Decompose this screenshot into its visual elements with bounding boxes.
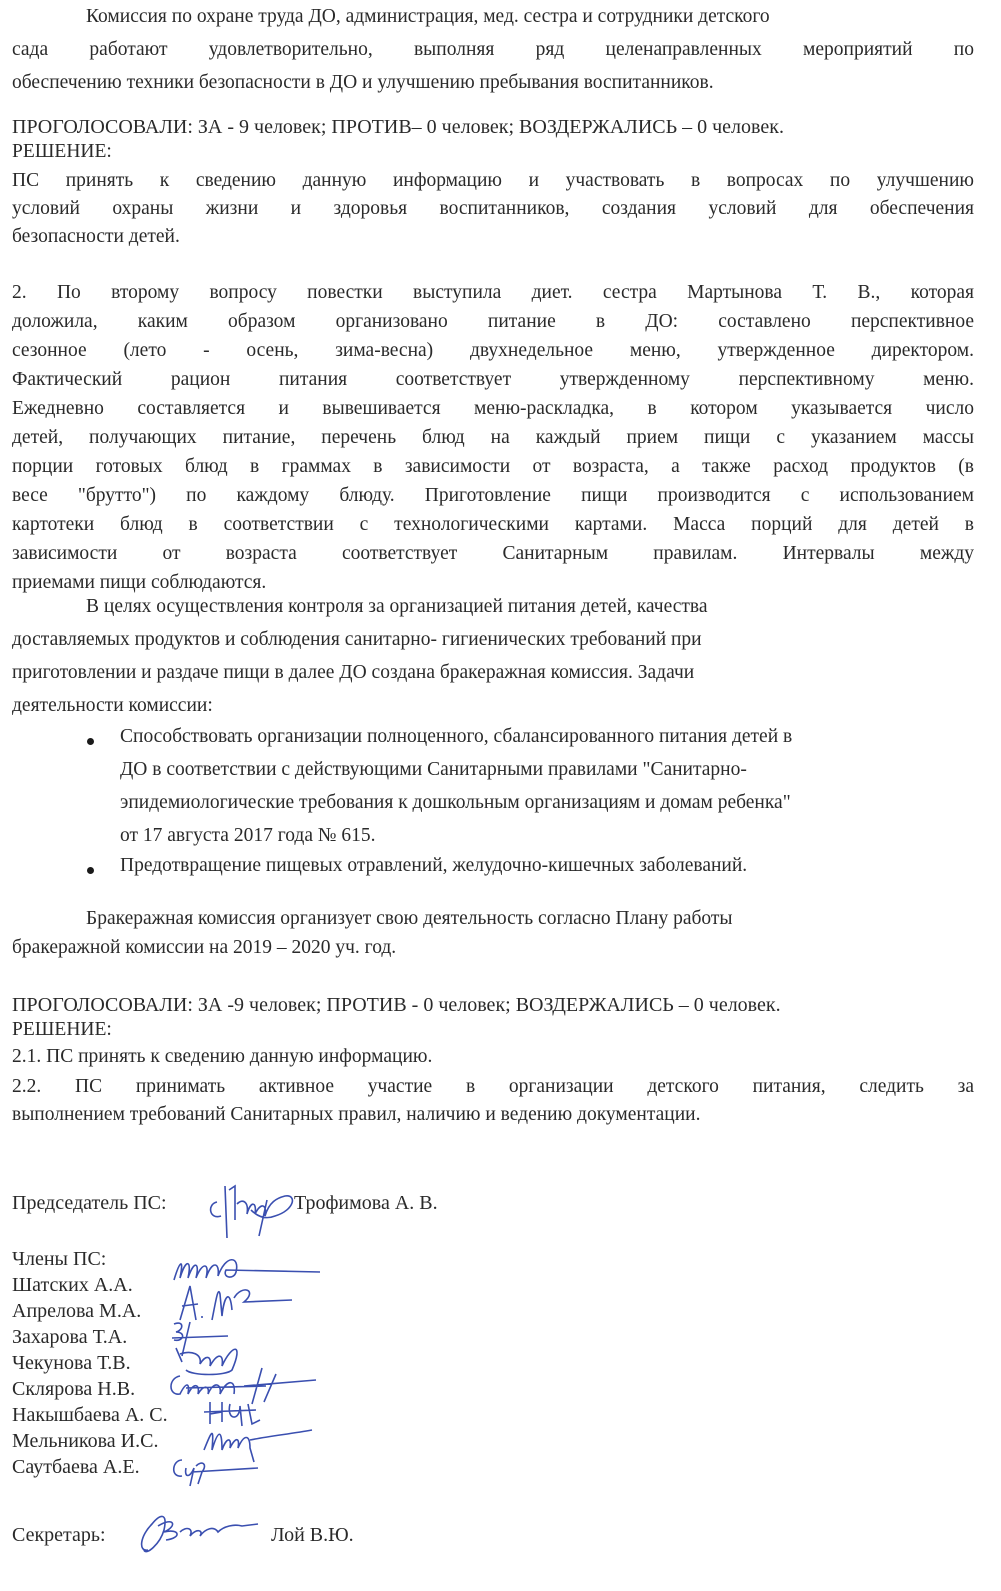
text-line: Бракеражная комиссия организует свою дея… (86, 908, 733, 930)
text-line: сада работают удовлетворительно, выполня… (12, 39, 974, 61)
secretary-signature-icon (134, 1506, 264, 1568)
text-line: доставляемых продуктов и соблюдения сани… (12, 629, 702, 651)
text-line: картотеки блюд в соответствии с технолог… (12, 514, 974, 536)
text-line: Фактический рацион питания соответствует… (12, 369, 974, 391)
text-line: Комиссия по охране труда ДО, администрац… (86, 6, 770, 28)
bullet-icon (87, 738, 94, 745)
text-line: сезонное (лето - осень, зима-весна) двух… (12, 340, 974, 362)
text-line: приготовлении и раздаче пищи в далее ДО … (12, 662, 694, 684)
vote-result-1: ПРОГОЛОСОВАЛИ: ЗА - 9 человек; ПРОТИВ– 0… (12, 116, 784, 139)
text-line: В целях осуществления контроля за органи… (86, 596, 708, 618)
text-line: детей, получающих питание, перечень блюд… (12, 427, 974, 449)
decision-item: 2.2. ПС принимать активное участие в орг… (12, 1076, 974, 1098)
decision-label-1: РЕШЕНИЕ: (12, 141, 112, 163)
text-line: бракеражной комиссии на 2019 – 2020 уч. … (12, 937, 396, 959)
member-signature-icon (168, 1450, 268, 1496)
chair-signature-icon (205, 1180, 305, 1246)
members-label: Члены ПС: (12, 1248, 106, 1271)
member-name: Чекунова Т.В. (12, 1352, 131, 1375)
text-line: ПС принять к сведению данную информацию … (12, 170, 974, 192)
text-line: обеспечению техники безопасности в ДО и … (12, 72, 714, 94)
list-item-line: от 17 августа 2017 года № 615. (120, 825, 375, 847)
secretary-label: Секретарь: (12, 1524, 106, 1547)
member-name: Накышбаева А. С. (12, 1404, 168, 1427)
member-name: Апрелова М.А. (12, 1300, 141, 1323)
text-line: безопасности детей. (12, 226, 180, 248)
member-name: Склярова Н.В. (12, 1378, 135, 1401)
text-line: деятельности комиссии: (12, 695, 213, 717)
list-item-line: Предотвращение пищевых отравлений, желуд… (120, 855, 747, 877)
secretary-name: Лой В.Ю. (271, 1524, 354, 1547)
decision-item: выполнением требований Санитарных правил… (12, 1104, 700, 1126)
decision-item: 2.1. ПС принять к сведению данную информ… (12, 1046, 432, 1068)
list-item-line: эпидемиологические требования к дошкольн… (120, 792, 791, 814)
list-item-line: Способствовать организации полноценного,… (120, 726, 792, 748)
text-line: условий охраны жизни и здоровья воспитан… (12, 198, 974, 220)
member-name: Саутбаева А.Е. (12, 1456, 140, 1479)
list-item-line: ДО в соответствии с действующими Санитар… (120, 759, 747, 781)
text-line: порции готовых блюд в граммах в зависимо… (12, 456, 974, 478)
text-line: Ежедневно составляется и вывешивается ме… (12, 398, 974, 420)
chair-name: Трофимова А. В. (294, 1192, 438, 1215)
member-name: Шатских А.А. (12, 1274, 133, 1297)
chair-label: Председатель ПС: (12, 1192, 167, 1215)
member-name: Захарова Т.А. (12, 1326, 127, 1349)
bullet-icon (87, 867, 94, 874)
vote-result-2: ПРОГОЛОСОВАЛИ: ЗА -9 человек; ПРОТИВ - 0… (12, 994, 781, 1017)
text-line: приемами пищи соблюдаются. (12, 572, 266, 594)
decision-label-2: РЕШЕНИЕ: (12, 1019, 112, 1041)
text-line: весе "брутто") по каждому блюду. Пригото… (12, 485, 974, 507)
text-line: 2. По второму вопросу повестки выступила… (12, 282, 974, 304)
member-name: Мельникова И.С. (12, 1430, 158, 1453)
text-line: доложила, каким образом организовано пит… (12, 311, 974, 333)
text-line: зависимости от возраста соответствует Са… (12, 543, 974, 565)
